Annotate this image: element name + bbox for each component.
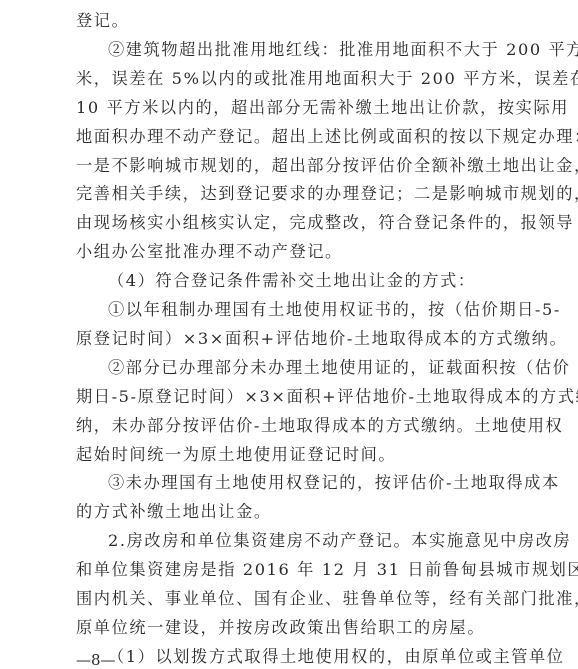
text-line: 纳，未办部分按评估价-土地取得成本的方式缴纳。土地使用权 [76,413,504,439]
text-line: ③未办理国有土地使用权登记的，按评估价-土地取得成本 [108,470,504,496]
text-line: ①以年租制办理国有土地使用权证书的，按（估价期日-5- [108,297,504,323]
text-line: 原单位统一建设，并按房改政策出售给职工的房屋。 [76,615,504,641]
text-line: 原登记时间）×3×面积+评估地价-土地取得成本的方式缴纳。 [76,326,504,352]
text-line: 起始时间统一为原土地使用证登记时间。 [76,442,504,468]
text-line: 米，误差在 5%以内的或批准用地面积大于 200 平方米，误差在 [76,66,504,92]
text-line: 10 平方米以内的，超出部分无需补缴土地出让价款，按实际用 [76,95,504,121]
text-line: 由现场核实小组核实认定，完成整改，符合登记条件的，报领导 [76,210,504,236]
text-line: 小组办公室批准办理不动产登记。 [76,239,504,265]
text-line: ②建筑物超出批准用地红线：批准用地面积不大于 200 平方 [108,37,504,63]
page-number: —8— [76,650,116,669]
text-line: 登记。 [76,8,504,34]
text-line: 完善相关手续，达到登记要求的办理登记；二是影响城市规划的， [76,181,504,207]
text-line: 2.房改房和单位集资建房不动产登记。本实施意见中房改房 [108,528,504,554]
text-line: ②部分已办理部分未办理土地使用证的，证载面积按（估价 [108,355,504,381]
text-line: （4）符合登记条件需补交土地出让金的方式： [108,268,504,294]
text-line: 期日-5-原登记时间）×3×面积+评估地价-土地取得成本的方式缴 [76,384,504,410]
text-line: 的方式补缴土地出让金。 [76,499,504,525]
text-line: 一是不影响城市规划的，超出部分按评估价全额补缴土地出让金， [76,153,504,179]
text-line: 围内机关、事业单位、国有企业、驻鲁单位等，经有关部门批准， [76,586,504,612]
document-page: 登记。②建筑物超出批准用地红线：批准用地面积不大于 200 平方米，误差在 5%… [0,0,578,669]
text-line: 地面积办理不动产登记。超出上述比例或面积的按以下规定办理： [76,124,504,150]
text-line: 和单位集资建房是指 2016 年 12 月 31 日前鲁甸县城市规划区范 [76,557,504,583]
text-line: （1）以划拨方式取得土地使用权的，由原单位或主管单位 [108,644,504,669]
